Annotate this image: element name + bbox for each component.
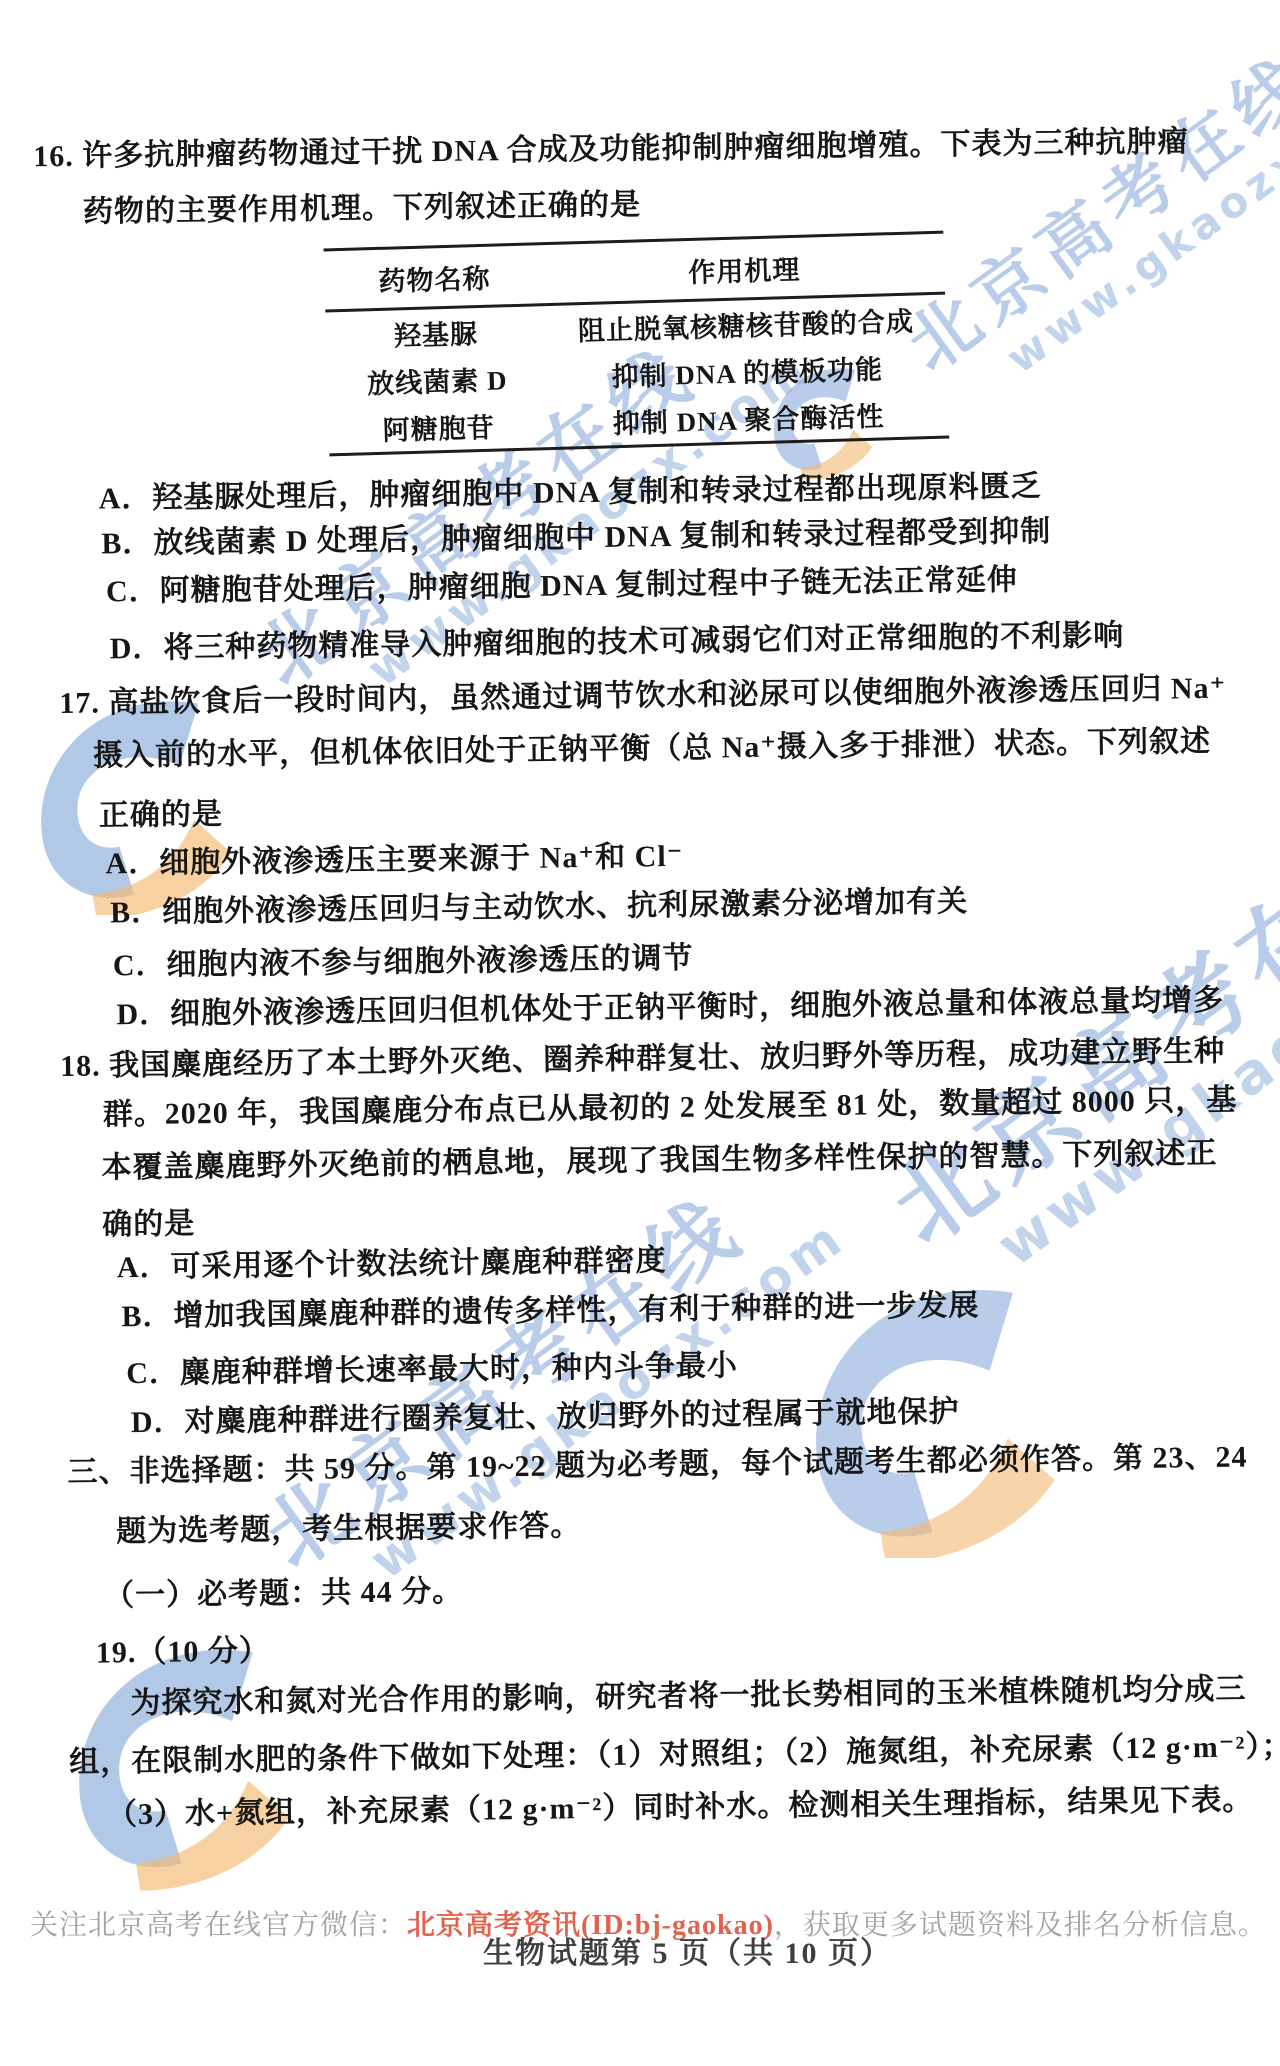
q17-stem-line2: 摄入前的水平，但机体依旧处于正钠平衡（总 Na⁺摄入多于排泄）状态。下列叙述 <box>93 725 1211 774</box>
q18-stem-line3: 本覆盖麋鹿野外灭绝前的栖息地，展现了我国生物多样性保护的智慧。下列叙述正 <box>101 1137 1217 1186</box>
q18-option-a: A．可采用逐个计数法统计麋鹿种群密度 <box>117 1244 667 1286</box>
q17-option-a: A．细胞外液渗透压主要来源于 Na⁺和 Cl⁻ <box>105 840 683 882</box>
q16-option-b: B．放线菌素 D 处理后，肿瘤细胞中 DNA 复制和转录过程都受到抑制 <box>101 515 1051 562</box>
q17-stem-line1: 17. 高盐饮食后一段时间内，虽然通过调节饮水和泌尿可以使细胞外液渗透压回归 N… <box>59 672 1226 722</box>
q17-option-c: C．细胞内液不参与细胞外液渗透压的调节 <box>113 942 694 984</box>
q16-option-c: C．阿糖胞苷处理后，肿瘤细胞 DNA 复制过程中子链无法正常延伸 <box>106 563 1018 609</box>
q17-option-d: D．细胞外液渗透压回归但机体处于正钠平衡时，细胞外液总量和体液总量均增多 <box>116 984 1224 1033</box>
q16-option-d: D．将三种药物精准导入肿瘤细胞的技术可减弱它们对正常细胞的不利影响 <box>110 619 1125 667</box>
table-cell-drug: 放线菌素 D <box>327 353 548 406</box>
q18-stem-line4: 确的是 <box>102 1207 195 1243</box>
q19-stem-line1: 为探究水和氮对光合作用的影响，研究者将一批长势相同的玉米植株随机均分成三 <box>130 1673 1246 1722</box>
q17-stem-line3: 正确的是 <box>99 798 223 834</box>
q17-option-b: B．细胞外液渗透压回归与主动饮水、抗利尿激素分泌增加有关 <box>110 885 968 931</box>
q18-stem-line1: 18. 我国麋鹿经历了本土野外灭绝、圈养种群复壮、放归野外等历程，成功建立野生种 <box>60 1035 1225 1085</box>
section3-heading-line1: 三、非选择题：共 59 分。第 19~22 题为必考题，每个试题考生都必须作答。… <box>67 1441 1247 1491</box>
q19-stem-line2: 组，在限制水肥的条件下做如下处理：（1）对照组；（2）施氮组，补充尿素（12 g… <box>69 1730 1280 1781</box>
footer-notice-prefix: 关注北京高考在线官方微信： <box>30 1910 407 1941</box>
exam-page: 16. 许多抗肿瘤药物通过干扰 DNA 合成及功能抑制肿瘤细胞增殖。下表为三种抗… <box>0 0 1280 2066</box>
q16-drug-table: 药物名称 作用机理 羟基脲 阻止脱氧核糖核苷酸的合成 放线菌素 D 抑制 DNA… <box>323 231 949 457</box>
q16-option-a: A．羟基脲处理后，肿瘤细胞中 DNA 复制和转录过程都出现原料匮乏 <box>99 470 1042 517</box>
page-number-label: 生物试题第 5 页（共 10 页） <box>483 1928 892 1972</box>
q18-stem-line2: 群。2020 年，我国麋鹿分布点已从最初的 2 处发展至 81 处，数量超过 8… <box>103 1084 1238 1133</box>
table-header-mechanism: 作用机理 <box>543 232 945 304</box>
q18-option-d: D．对麋鹿种群进行圈养复壮、放归野外的过程属于就地保护 <box>131 1395 960 1440</box>
q19-heading: 19.（10 分） <box>96 1634 270 1671</box>
q16-stem-line1: 16. 许多抗肿瘤药物通过干扰 DNA 合成及功能抑制肿瘤细胞增殖。下表为三种抗… <box>33 125 1189 175</box>
table-cell-drug: 阿糖胞苷 <box>328 400 549 455</box>
q18-option-b: B．增加我国麋鹿种群的遗传多样性，有利于种群的进一步发展 <box>121 1289 979 1335</box>
section3-heading-line2: 题为选考题，考生根据要求作答。 <box>116 1509 581 1550</box>
q19-stem-line3: （3）水+氮组，补充尿素（12 g·m⁻²）同时补水。检测相关生理指标，结果见下… <box>107 1783 1254 1833</box>
q16-stem-line2: 药物的主要作用机理。下列叙述正确的是 <box>83 188 641 230</box>
table-header-drug-name: 药物名称 <box>324 244 546 311</box>
section3-required-heading: （一）必考题：共 44 分。 <box>104 1575 463 1614</box>
q18-option-c: C．麋鹿种群增长速率最大时，种内斗争最小 <box>126 1349 738 1392</box>
table-cell-mechanism: 抑制 DNA 聚合酶活性 <box>548 389 949 449</box>
table-cell-drug: 羟基脲 <box>325 305 546 360</box>
